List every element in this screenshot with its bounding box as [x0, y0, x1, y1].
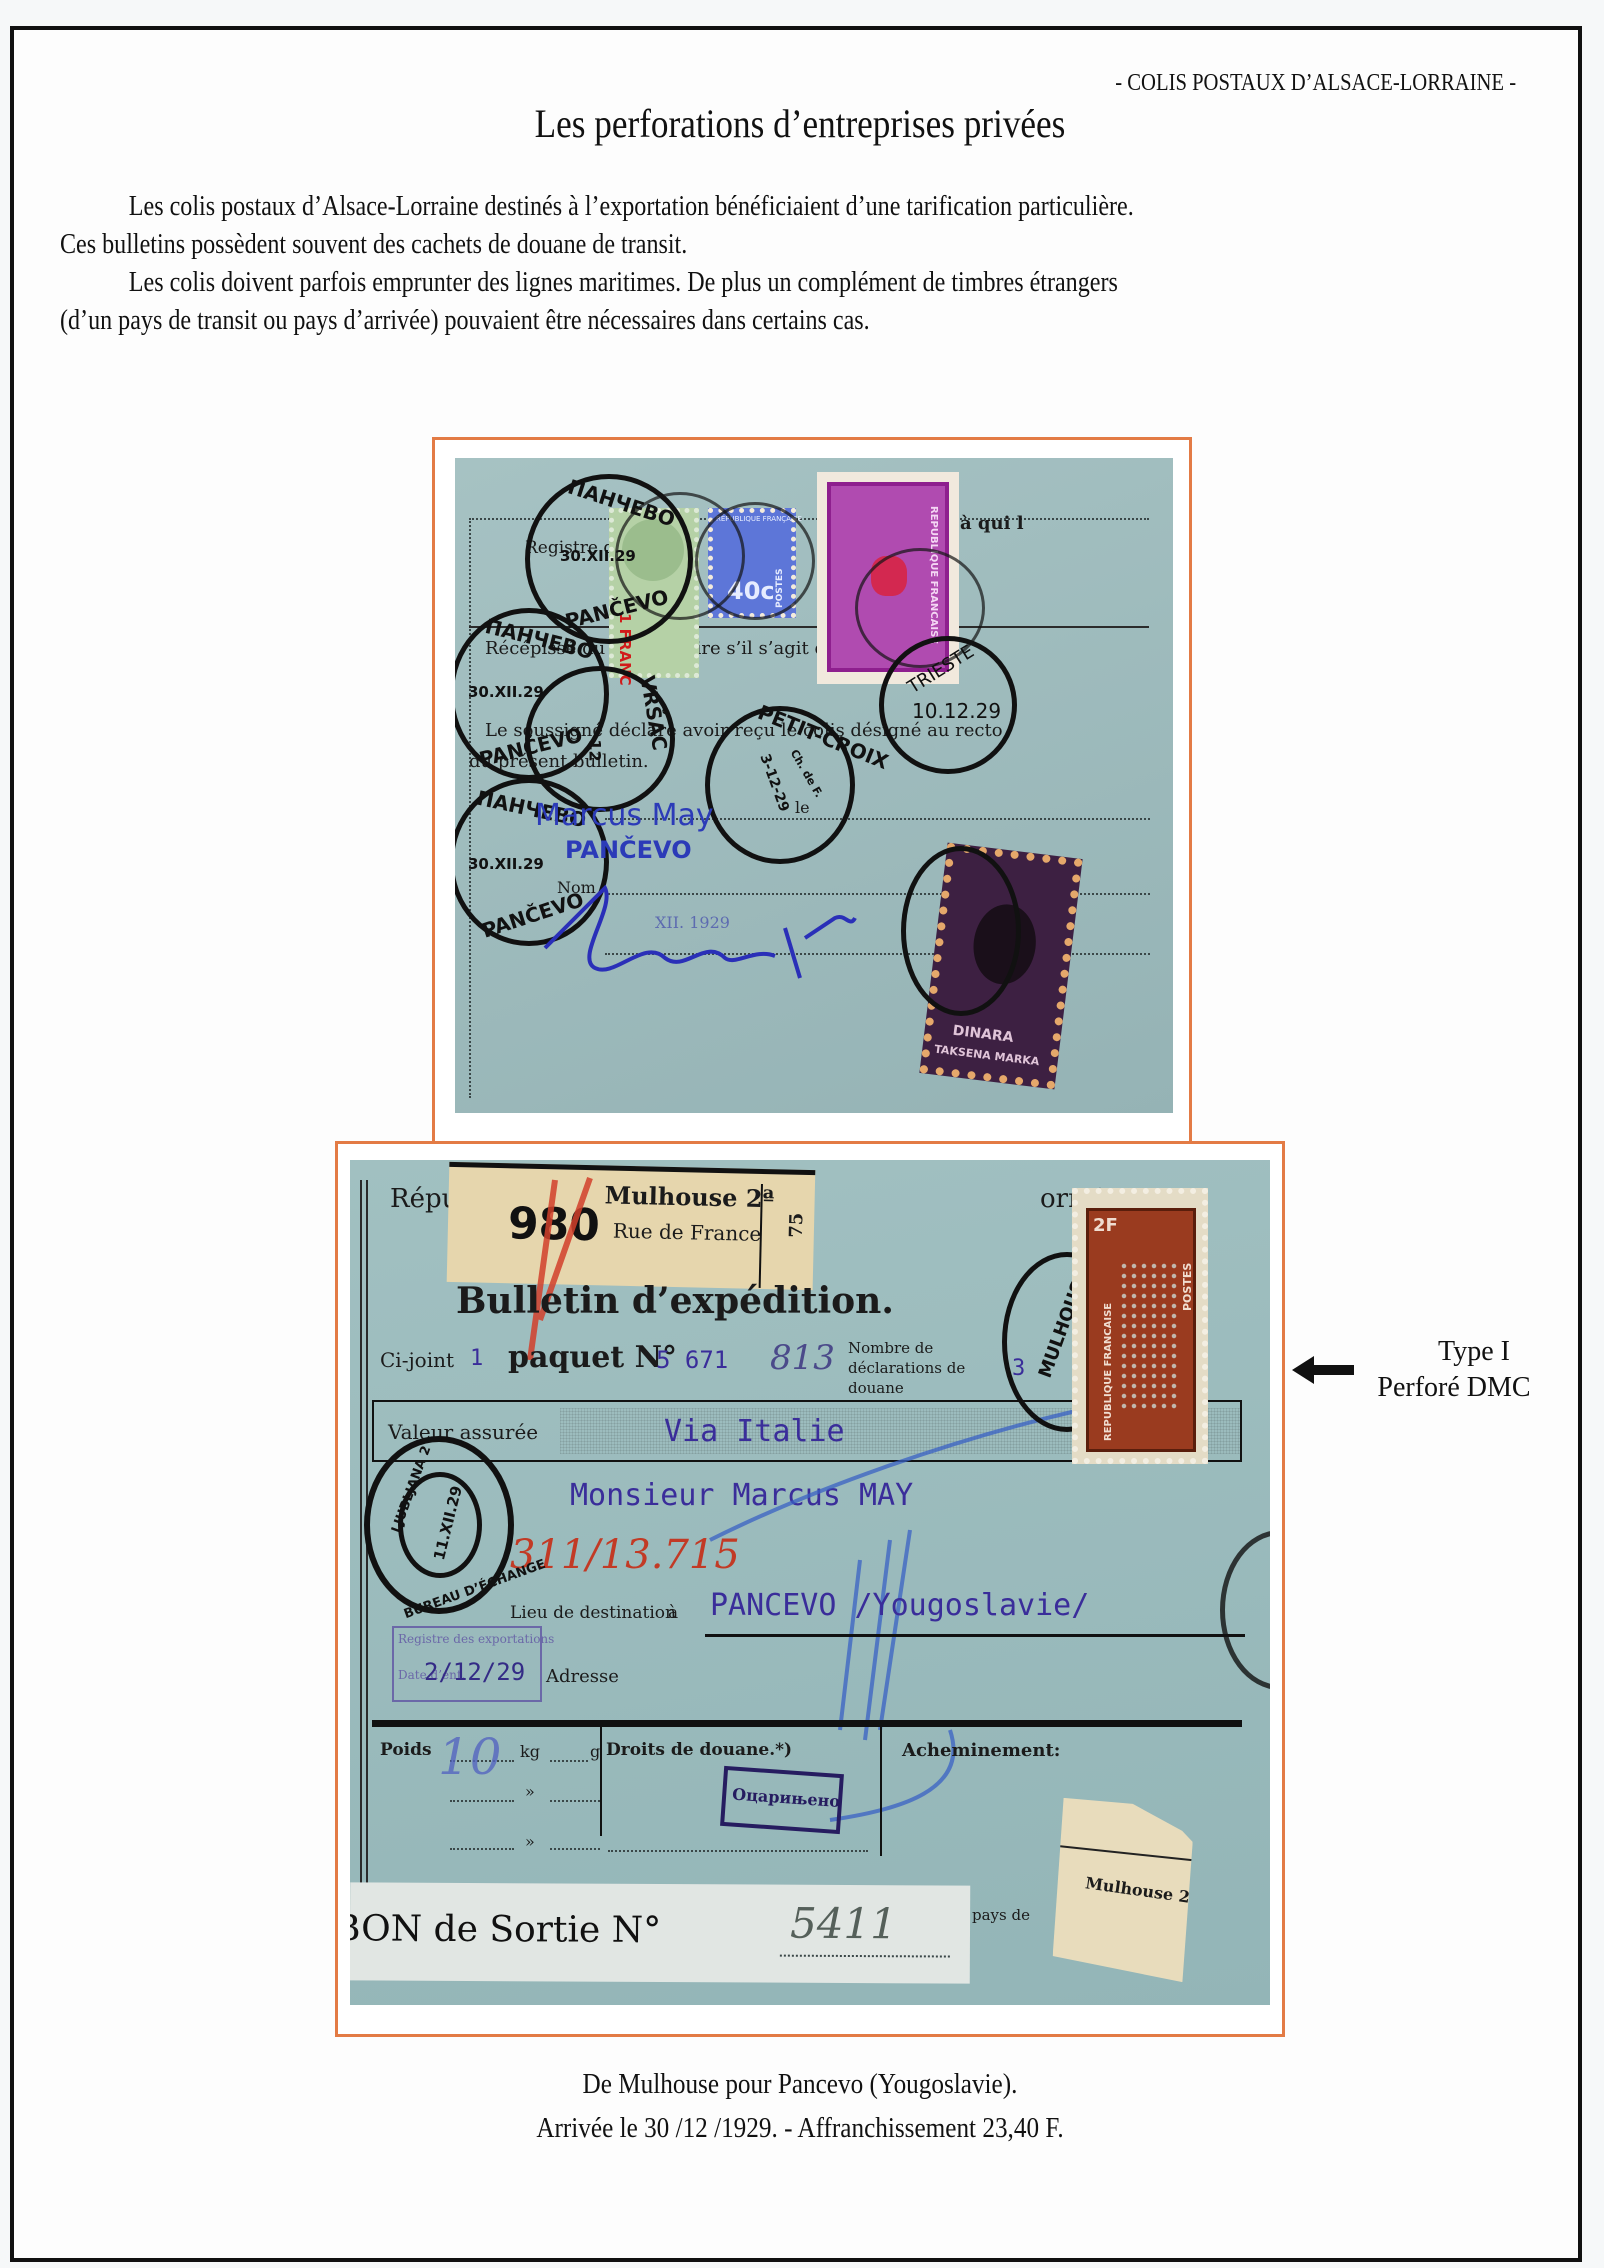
intro-line: (d’un pays de transit ou pays d’arrivée)…: [60, 302, 1333, 340]
vrsac-cancel: VRŠAC 12: [525, 666, 675, 812]
french-cancel: [695, 502, 815, 620]
ljubljana-cancel: 11.XII.29 LJUBLJANA 2 BUREAU D’ÉCHANGE: [364, 1436, 514, 1614]
table-rule: [372, 1720, 1242, 1727]
table-divider: [600, 1726, 602, 1836]
stamp-country: REPUBLIQUE FRANCAISE: [1103, 1303, 1114, 1441]
annotation-type: Type I: [1394, 1336, 1554, 1368]
handwritten-number: 813: [770, 1338, 835, 1378]
pont-du-gard-perfin-stamp: 2F POSTES REPUBLIQUE FRANCAISE: [1072, 1188, 1208, 1464]
receipt-frame: Registre d’arrivée à qui l Récépissé du …: [432, 437, 1192, 1144]
marcus-may-handstamp: Marcus May: [535, 798, 714, 833]
adresse-label: Adresse: [546, 1666, 619, 1687]
receipt-card: Registre d’arrivée à qui l Récépissé du …: [455, 458, 1173, 1113]
trieste-cancel: TRIESTE 10.12.29: [879, 636, 1017, 774]
paquet-number: 5 671: [656, 1346, 728, 1374]
ci-joint-label: Ci-joint: [380, 1348, 454, 1372]
destination-value: PANCEVO /Yougoslavie/: [710, 1588, 1089, 1623]
annotation-perfin: Perforé DMC: [1344, 1372, 1564, 1404]
label-street: Rue de France: [613, 1219, 762, 1246]
bon-text: BON de Sortie N°: [350, 1908, 661, 1951]
form-line: [550, 1800, 600, 1802]
caption-route: De Mulhouse pour Pancevo (Yougoslavie).: [93, 2069, 1508, 2101]
form-line: [550, 1848, 600, 1850]
intro-line: Ces bulletins possèdent souvent des cach…: [60, 226, 1333, 264]
stamp-label: TAKSENA MARKA: [934, 1043, 1040, 1069]
yugoslav-cancel: [901, 846, 1021, 1016]
dispatch-bulletin: Répu orraine. 980 Mulhouse 2ª Rue de Fra…: [350, 1160, 1270, 2005]
intro-text: Les colis postaux d’Alsace-Lorraine dest…: [60, 188, 1540, 340]
partial-cancel: [1220, 1530, 1270, 1690]
dmc-perforation: [1119, 1261, 1179, 1411]
stamp-design: 2F POSTES REPUBLIQUE FRANCAISE: [1086, 1208, 1196, 1452]
label-office: Mulhouse 2ª: [604, 1180, 774, 1213]
registre-date: 2/12/29: [424, 1658, 525, 1686]
destination-rule: [705, 1634, 1245, 1637]
mulhouse-2-label: Mulhouse 2: [1052, 1798, 1194, 1983]
mulhouse-2-text: Mulhouse 2: [1084, 1873, 1191, 1906]
intro-line: Les colis postaux d’Alsace-Lorraine dest…: [60, 188, 1333, 226]
customs-cleared-stamp: Оцарињено: [720, 1766, 844, 1834]
bon-de-sortie-label: BON de Sortie N° 5411: [350, 1882, 970, 1983]
album-page: - COLIS POSTAUX D’ALSACE-LORRAINE - Les …: [10, 26, 1582, 2262]
stamp-value: DINARA: [952, 1023, 1014, 1046]
pancevo-handstamp: PANČEVO: [565, 836, 692, 864]
paquet-label: paquet N°: [508, 1340, 677, 1375]
printed-text: à qui l: [960, 513, 1024, 534]
form-border: [360, 1180, 368, 1980]
caption-arrival: Arrivée le 30 /12 /1929. - Affranchissem…: [93, 2113, 1508, 2145]
acheminement-label: Acheminement:: [902, 1740, 1060, 1761]
bon-number: 5411: [790, 1899, 897, 1949]
form-line: [450, 1848, 514, 1850]
stamp-value: 2F: [1093, 1215, 1118, 1236]
bulletin-title: Bulletin d’expédition.: [456, 1280, 894, 1322]
running-head: - COLIS POSTAUX D’ALSACE-LORRAINE -: [1115, 70, 1516, 97]
destination-a: à: [668, 1603, 678, 1623]
intro-line: Les colis doivent parfois emprunter des …: [60, 264, 1333, 302]
signature: [535, 878, 895, 998]
form-line: [550, 1760, 588, 1762]
table-divider: [880, 1726, 882, 1856]
droits-label: Droits de douane.*): [606, 1740, 792, 1760]
petit-croix-cancel: PETIT-CROIX 3-12-29 Ch. de F.: [705, 706, 855, 864]
ci-joint-count: 1: [470, 1346, 483, 1371]
label-rule: [1057, 1845, 1192, 1861]
stamp-postes: POSTES: [1181, 1263, 1194, 1311]
kg-label: kg: [520, 1742, 540, 1761]
pays-de-text: pays de: [972, 1906, 1030, 1924]
ditto-mark: »: [525, 1782, 535, 1801]
form-line: [450, 1800, 514, 1802]
form-line: [608, 1850, 868, 1852]
ditto-mark: »: [525, 1832, 535, 1851]
page-title: Les perforations d’entreprises privées: [108, 100, 1491, 147]
poids-label: Poids: [380, 1740, 432, 1760]
bulletin-frame: Répu orraine. 980 Mulhouse 2ª Rue de Fra…: [335, 1141, 1285, 2037]
g-label: g: [590, 1742, 600, 1761]
label-side-number: 75: [786, 1212, 808, 1238]
destination-label: Lieu de destination: [510, 1603, 676, 1623]
weight-handwritten: 10: [438, 1728, 502, 1786]
form-line: [780, 1955, 950, 1958]
declarations-label: Nombre de déclarations de douane: [848, 1338, 1008, 1398]
